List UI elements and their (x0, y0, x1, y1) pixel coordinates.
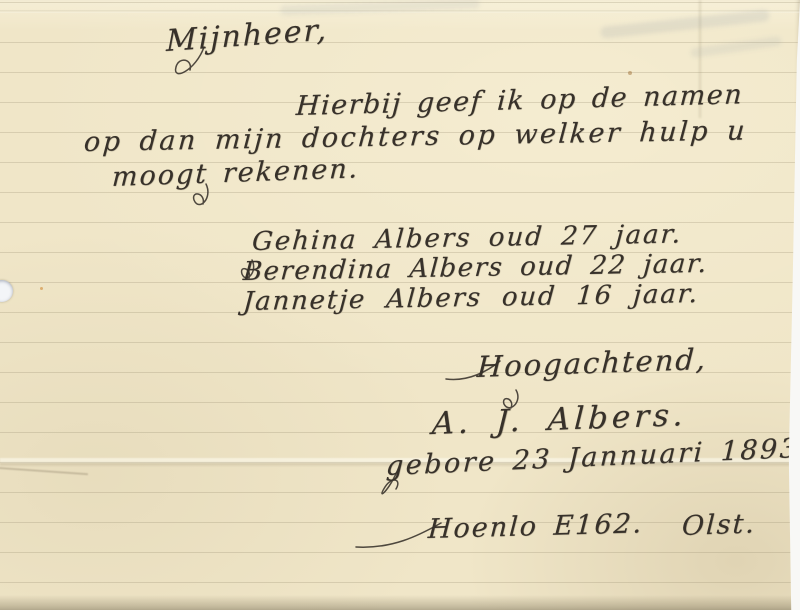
body-line-2: op dan mijn dochters op welker hulp u (83, 117, 748, 156)
place-name: Olst. (681, 510, 756, 540)
closing: Hoogachtend, (476, 345, 708, 382)
body-line-1: Hierbij geef ik op de namen (295, 81, 744, 120)
letter-paper: Mijnheer, Hierbij geef ik op de namen op… (0, 0, 800, 610)
bleed-through-smudge (690, 36, 782, 59)
address: Hoenlo E162. (427, 510, 644, 543)
paper-bottom-shadow (0, 595, 800, 610)
salutation: Mijnheer, (166, 16, 328, 57)
signature: A. J. Albers. (431, 400, 687, 440)
daughter-line-3: Jannetje Albers oud 16 jaar. (242, 281, 700, 315)
fold-crease-left (0, 467, 88, 475)
body-line-3: moogt rekenen. (111, 155, 360, 191)
scanned-letter: Mijnheer, Hierbij geef ik op de namen op… (0, 0, 800, 610)
bleed-through-smudge (600, 9, 770, 39)
punch-hole (0, 280, 13, 302)
ink-speck (40, 287, 43, 290)
ink-speck (628, 71, 632, 75)
